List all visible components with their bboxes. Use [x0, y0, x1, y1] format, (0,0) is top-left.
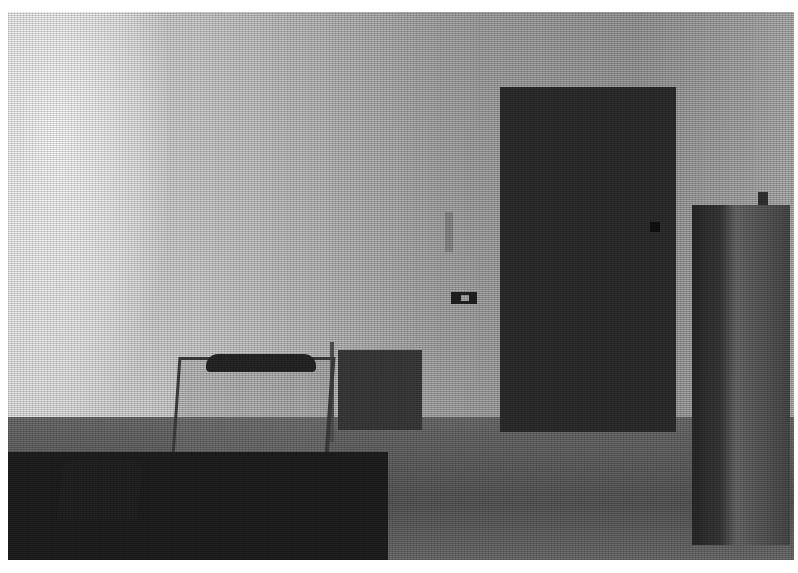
door	[500, 87, 676, 432]
light-switch-toggle	[461, 295, 469, 301]
room-photo	[8, 12, 794, 560]
cabinet	[692, 205, 790, 545]
door-handle	[650, 222, 660, 232]
light-glow	[8, 12, 168, 432]
chair-back	[57, 460, 143, 520]
desk-frame-top	[206, 354, 316, 372]
wall-mark	[445, 212, 453, 252]
dark-box	[338, 350, 422, 430]
light-switch	[451, 292, 477, 304]
